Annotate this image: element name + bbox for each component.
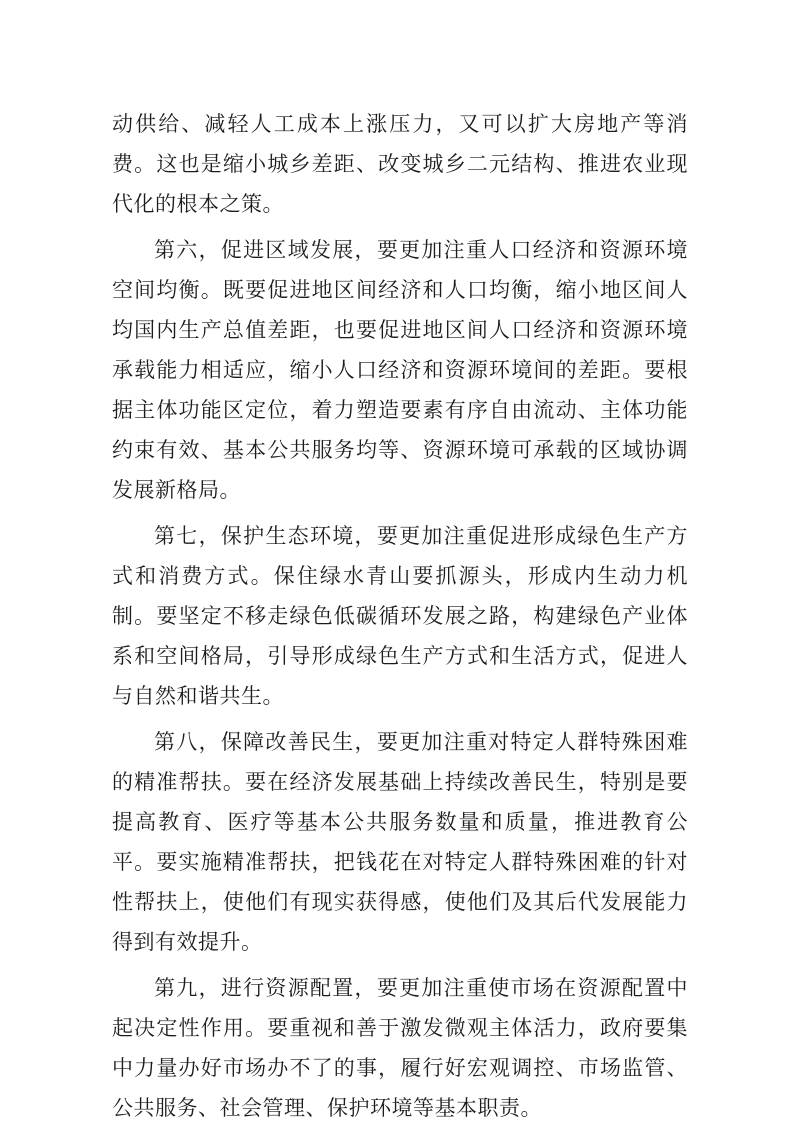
paragraph-point-six: 第六，促进区域发展，要更加注重人口经济和资源环境空间均衡。既要促进地区间经济和人… bbox=[112, 231, 688, 511]
paragraph-point-nine: 第九，进行资源配置，要更加注重使市场在资源配置中起决定性作用。要重视和善于激发微… bbox=[112, 969, 688, 1129]
paragraph-point-eight: 第八，保障改善民生，要更加注重对特定人群特殊困难的精准帮扶。要在经济发展基础上持… bbox=[112, 723, 688, 963]
document-body: 动供给、减轻人工成本上涨压力，又可以扩大房地产等消费。这也是缩小城乡差距、改变城… bbox=[112, 105, 688, 1129]
document-page: 动供给、减轻人工成本上涨压力，又可以扩大房地产等消费。这也是缩小城乡差距、改变城… bbox=[0, 0, 800, 1130]
paragraph-continuation: 动供给、减轻人工成本上涨压力，又可以扩大房地产等消费。这也是缩小城乡差距、改变城… bbox=[112, 105, 688, 225]
paragraph-point-seven: 第七，保护生态环境，要更加注重促进形成绿色生产方式和消费方式。保住绿水青山要抓源… bbox=[112, 517, 688, 717]
